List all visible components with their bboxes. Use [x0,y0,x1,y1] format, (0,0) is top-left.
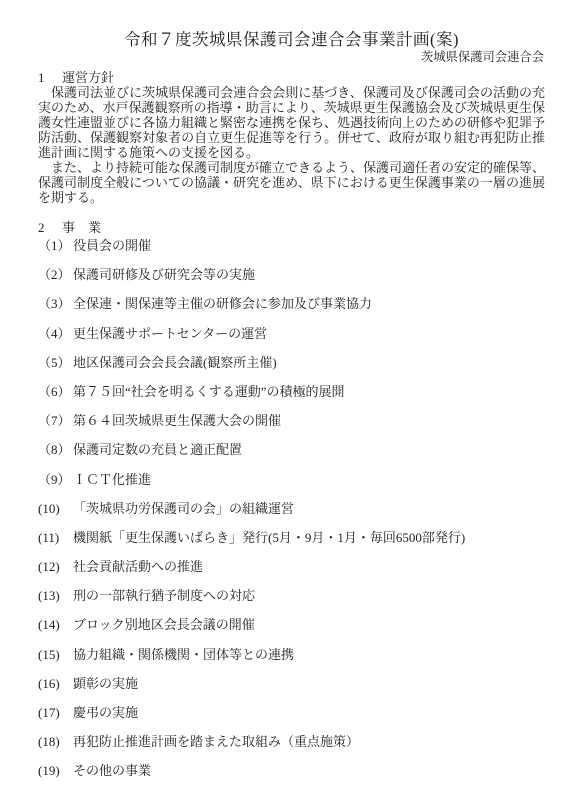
item-number: (17) [38,705,73,720]
list-item-3: （3） 全保連・関保連等主催の研修会に参加及び事業協力 [38,296,545,311]
list-item-8: （8） 保護司定数の充員と適正配置 [38,442,545,457]
list-item-13: (13) 刑の一部執行猶予制度への対応 [38,588,545,603]
list-item-18: (18) 再犯防止推進計画を踏まえた取組み（重点施策） [38,734,545,749]
item-number: （4） [38,326,73,341]
section-1-heading: 1 運営方針 [38,70,545,85]
item-text: 第７５回“社会を明るくする運動”の積極的展開 [73,384,545,399]
policy-paragraph-2: また、より持続可能な保護司制度が確立できるよう、保護司適任者の安定的確保等、保護… [38,160,545,205]
list-item-15: (15) 協力組織・関係機関・団体等との連携 [38,647,545,662]
item-text: ブロック別地区会長会議の開催 [73,617,545,632]
item-number: (13) [38,588,73,603]
item-number: (18) [38,734,73,749]
section-1-title: 運営方針 [62,70,114,85]
item-number: (16) [38,676,73,691]
item-number: （8） [38,442,73,457]
item-text: 更生保護サポートセンターの運営 [73,326,545,341]
item-number: （9） [38,472,73,487]
list-item-12: (12) 社会貢献活動への推進 [38,559,545,574]
section-2-number: 2 [38,220,62,235]
item-number: (12) [38,559,73,574]
document-title: 令和７度茨城県保護司会連合会事業計画(案) [38,30,545,50]
item-text: ＩＣＴ化推進 [73,472,545,487]
list-item-6: （6） 第７５回“社会を明るくする運動”の積極的展開 [38,384,545,399]
item-text: 役員会の開催 [73,238,545,253]
item-text: その他の事業 [73,763,545,778]
item-number: （5） [38,355,73,370]
item-number: (15) [38,647,73,662]
item-number: （7） [38,413,73,428]
item-number: （1） [38,238,73,253]
list-item-14: (14) ブロック別地区会長会議の開催 [38,617,545,632]
item-text: 地区保護司会会長会議(観察所主催) [73,355,545,370]
section-gap [38,205,545,220]
item-number: （2） [38,267,73,282]
policy-paragraph-1: 保護司法並びに茨城県保護司会連合会会則に基づき、保護司及び保護司会の活動の充実の… [38,85,545,160]
section-2-heading: 2 事 業 [38,220,545,235]
list-item-9: （9） ＩＣＴ化推進 [38,472,545,487]
item-text: 第６４回茨城県更生保護大会の開催 [73,413,545,428]
item-number: (11) [38,530,73,545]
project-item-list: （1） 役員会の開催 （2） 保護司研修及び研究会等の実施 （3） 全保連・関保… [38,238,545,778]
item-number: (10) [38,501,73,516]
item-text: 刑の一部執行猶予制度への対応 [73,588,545,603]
list-item-2: （2） 保護司研修及び研究会等の実施 [38,267,545,282]
list-item-10: (10) 「茨城県功労保護司の会」の組織運営 [38,501,545,516]
list-item-4: （4） 更生保護サポートセンターの運営 [38,326,545,341]
document-page: 令和７度茨城県保護司会連合会事業計画(案) 茨城県保護司会連合会 1 運営方針 … [0,0,582,807]
item-number: （6） [38,384,73,399]
list-item-7: （7） 第６４回茨城県更生保護大会の開催 [38,413,545,428]
section-2-title: 事 業 [62,220,101,235]
list-item-1: （1） 役員会の開催 [38,238,545,253]
item-text: 慶弔の実施 [73,705,545,720]
item-text: 「茨城県功労保護司の会」の組織運営 [73,501,545,516]
item-text: 社会貢献活動への推進 [73,559,545,574]
list-item-16: (16) 顕彰の実施 [38,676,545,691]
list-item-5: （5） 地区保護司会会長会議(観察所主催) [38,355,545,370]
section-1-number: 1 [38,70,62,85]
document-author: 茨城県保護司会連合会 [38,50,544,65]
list-item-19: (19) その他の事業 [38,763,545,778]
item-number: (14) [38,617,73,632]
item-text: 協力組織・関係機関・団体等との連携 [73,647,545,662]
item-text: 顕彰の実施 [73,676,545,691]
item-text: 再犯防止推進計画を踏まえた取組み（重点施策） [73,734,545,749]
item-text: 機関紙「更生保護いばらき」発行(5月・9月・1月・毎回6500部発行) [73,530,545,545]
item-number: （3） [38,296,73,311]
list-item-17: (17) 慶弔の実施 [38,705,545,720]
item-number: (19) [38,763,73,778]
list-item-11: (11) 機関紙「更生保護いばらき」発行(5月・9月・1月・毎回6500部発行) [38,530,545,545]
item-text: 保護司定数の充員と適正配置 [73,442,545,457]
item-text: 保護司研修及び研究会等の実施 [73,267,545,282]
item-text: 全保連・関保連等主催の研修会に参加及び事業協力 [73,296,545,311]
